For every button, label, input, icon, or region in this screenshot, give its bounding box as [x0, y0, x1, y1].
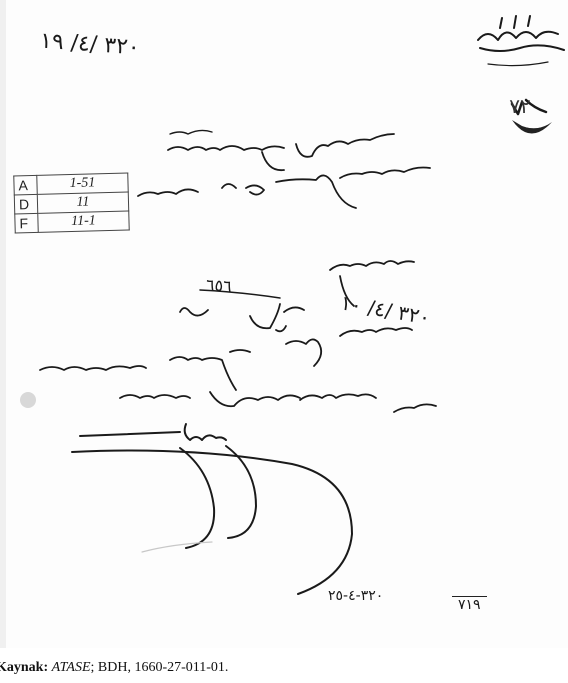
- reference-value: 1-51: [37, 173, 128, 194]
- caption-label: Kaynak:: [0, 660, 48, 675]
- footer-fraction: ٧١٩: [452, 596, 487, 613]
- source-caption: Kaynak: ATASE; BDH, 1660-27-011-01.: [0, 660, 228, 676]
- crescent-mark: [512, 120, 552, 134]
- document-scan: ٣٢٠ /٤/ ١٩ ٧٢ A 1-51 D 11 F 11-1 ٦٥٦ ٣٢٠…: [0, 0, 568, 648]
- grey-dot-mark: [20, 392, 36, 408]
- reference-key: F: [15, 213, 38, 233]
- text-line-1: [168, 130, 394, 170]
- reference-value: 11: [37, 192, 128, 213]
- caption-reference: ; BDH, 1660-27-011-01.: [91, 660, 229, 675]
- footer-date: ٣٢٠-٤-٢٥: [328, 588, 383, 604]
- header-number: ٧٢: [509, 94, 530, 118]
- reference-key: D: [14, 194, 37, 214]
- reference-box: A 1-51 D 11 F 11-1: [13, 173, 129, 234]
- text-line-2: [138, 168, 430, 209]
- handwriting-strokes: [0, 0, 568, 648]
- reference-key: A: [14, 175, 37, 195]
- text-line-4: [180, 304, 304, 331]
- text-line-5: [40, 328, 412, 390]
- caption-source: ATASE: [52, 660, 91, 675]
- reference-value: 11-1: [38, 211, 129, 232]
- number-in-text: ٦٥٦: [205, 275, 232, 296]
- header-seal: ٧٢: [474, 24, 566, 48]
- text-line-6: [120, 392, 436, 412]
- reference-row: F 11-1: [15, 211, 129, 233]
- signature: [72, 424, 352, 594]
